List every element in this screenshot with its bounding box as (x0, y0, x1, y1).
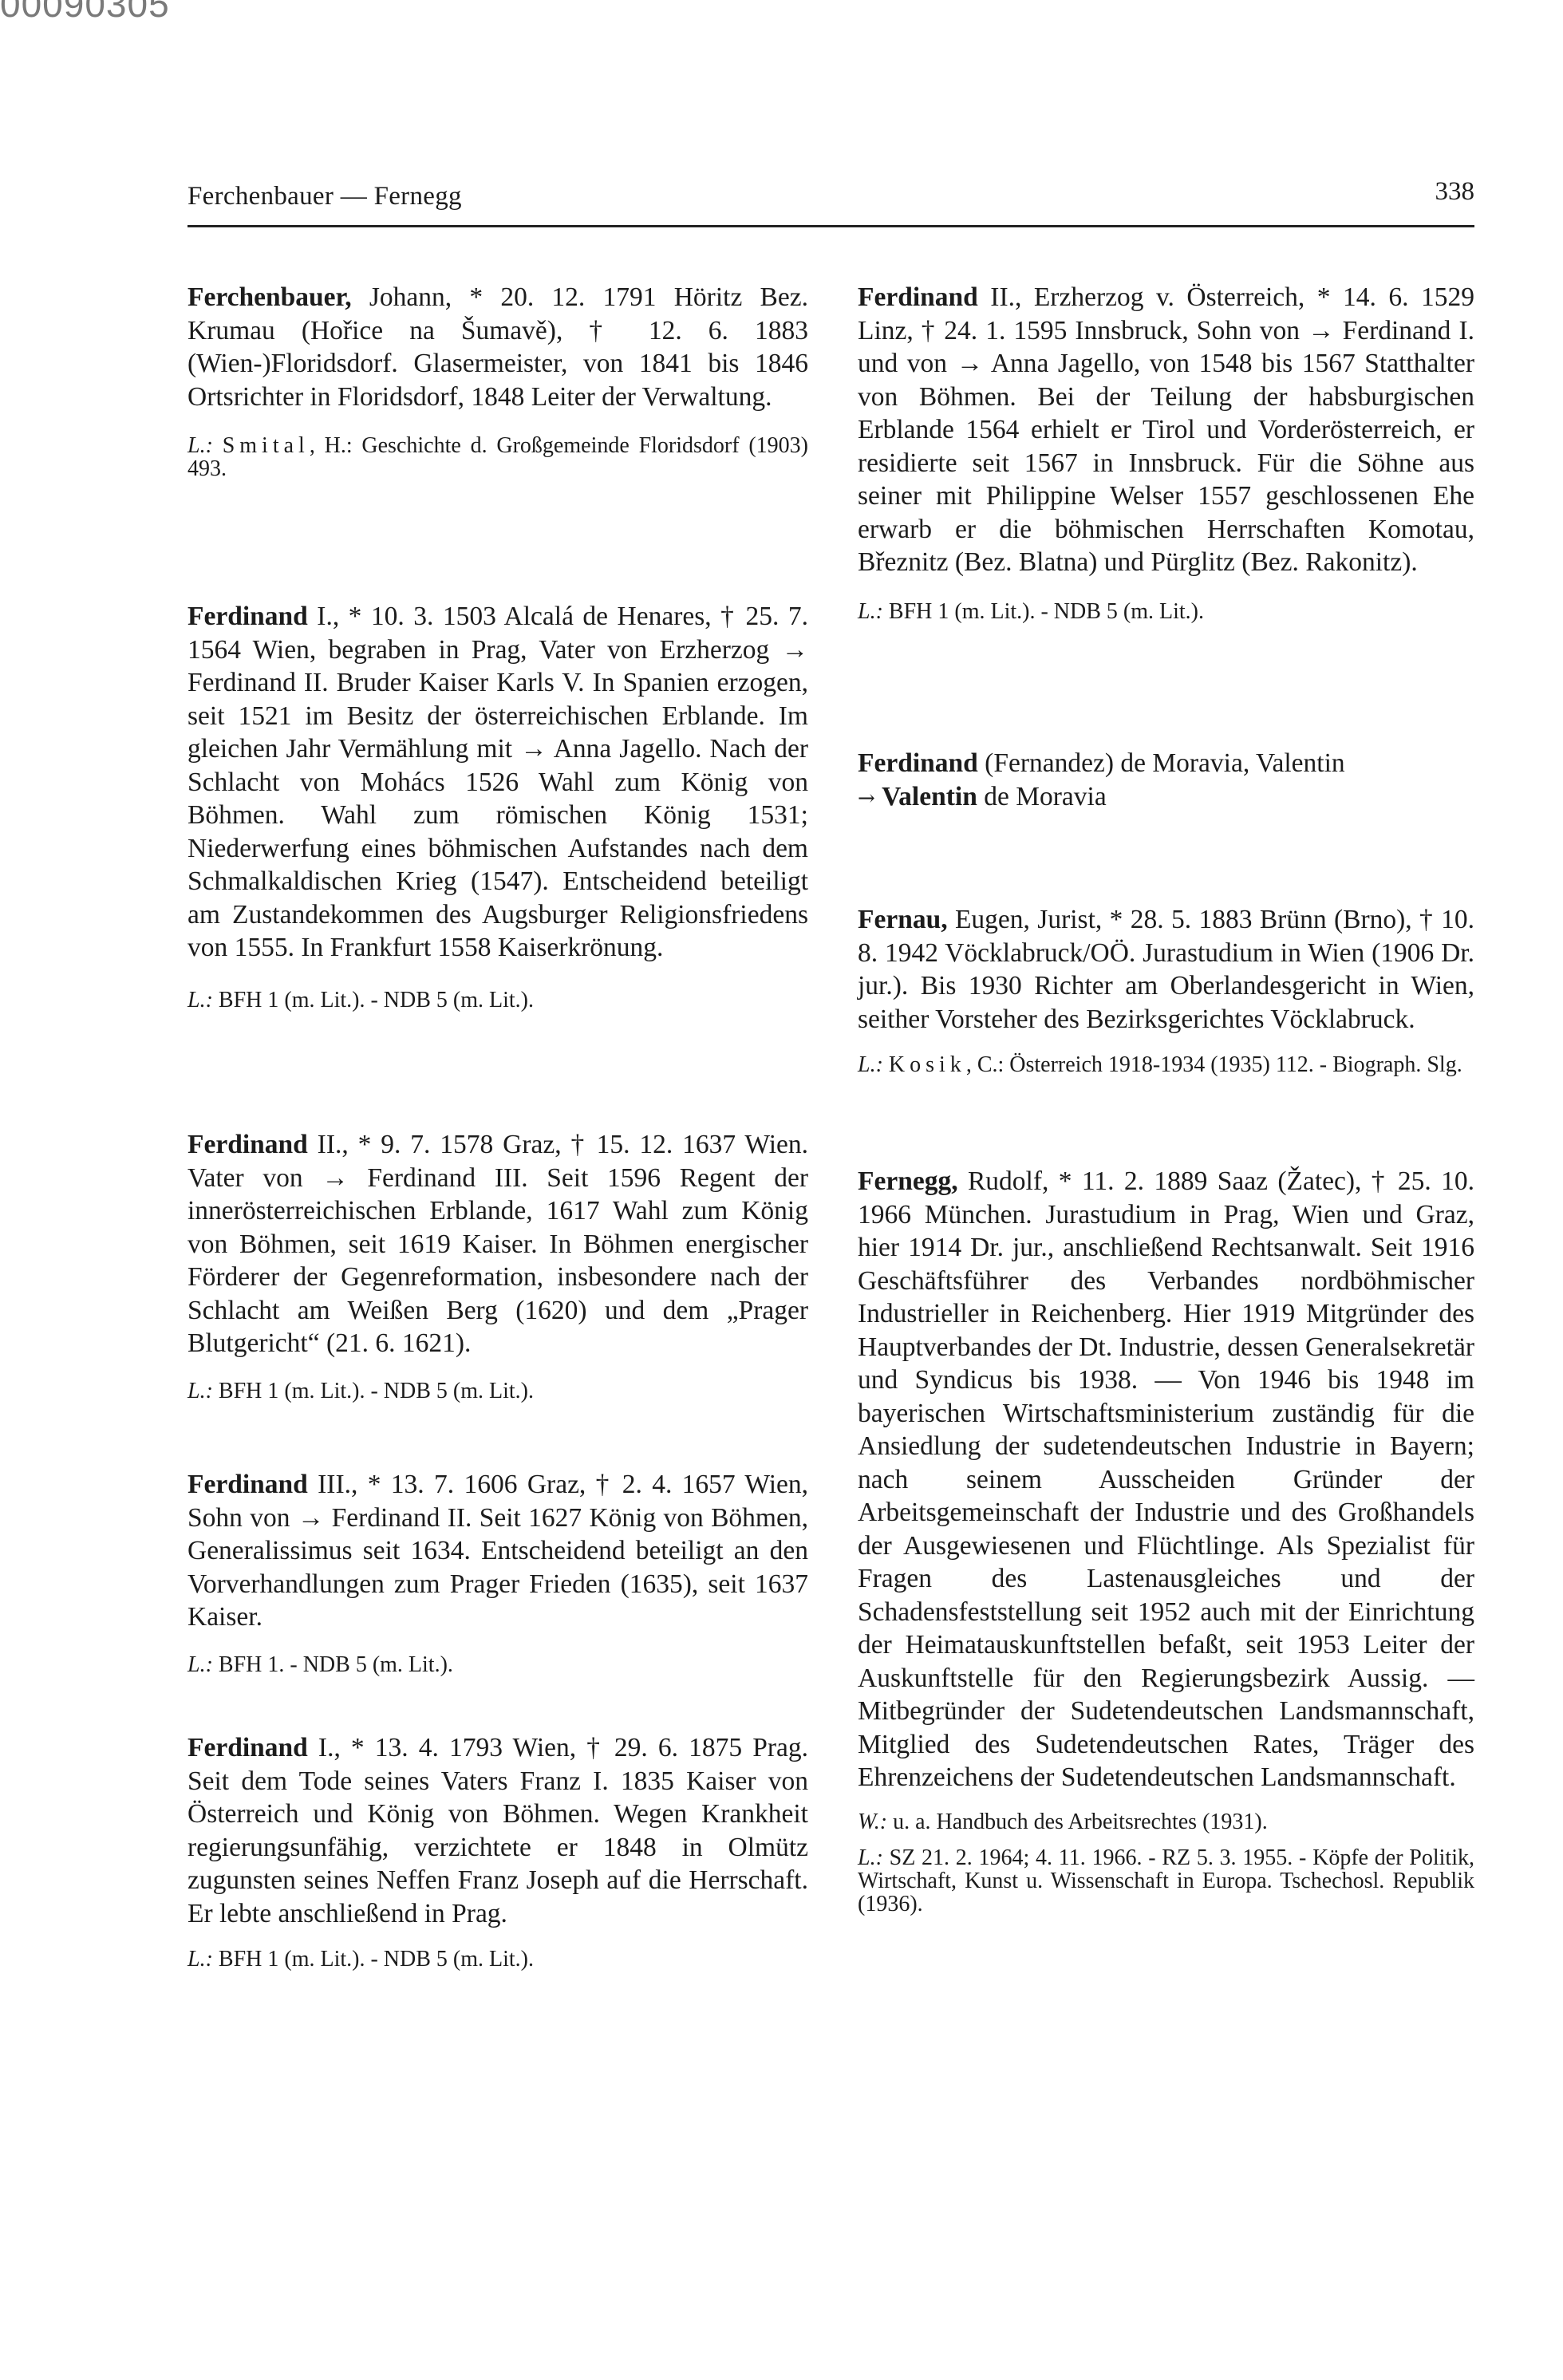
literature: L.: BFH 1 (m. Lit.). - NDB 5 (m. Lit.). (187, 1948, 808, 1971)
entry-body: Ferdinand III., * 13. 7. 1606 Graz, † 2.… (187, 1468, 808, 1634)
entry-body: Ferdinand II., Erzherzog v. Österreich, … (858, 281, 1474, 579)
lit-text: BFH 1 (m. Lit.). - NDB 5 (m. Lit.). (883, 599, 1204, 624)
entry-body: Fernegg, Rudolf, * 11. 2. 1889 Saaz (Žat… (858, 1165, 1474, 1794)
lit-text: BFH 1 (m. Lit.). - NDB 5 (m. Lit.). (213, 1379, 534, 1403)
lemma: Ferdinand (187, 602, 308, 631)
page-number: 338 (1435, 177, 1475, 207)
entry-ferdinand-iii-1606: Ferdinand III., * 13. 7. 1606 Graz, † 2.… (187, 1468, 808, 1676)
cross-reference-lemma[interactable]: Valentin (882, 782, 977, 811)
cross-reference-arrow-icon: → (858, 787, 882, 811)
literature: L.: BFH 1. - NDB 5 (m. Lit.). (187, 1653, 808, 1676)
entry-fernau: Fernau, Eugen, Jurist, * 28. 5. 1883 Brü… (858, 903, 1474, 1076)
lit-author: Smital (223, 433, 310, 458)
entry-body: Ferdinand I., * 13. 4. 1793 Wien, † 29. … (187, 1731, 808, 1930)
lit-tag: L.: (858, 599, 883, 624)
literature: L.: Kosik, C.: Österreich 1918-1934 (193… (858, 1053, 1474, 1076)
entry-body: Ferchenbauer, Johann, * 20. 12. 1791 Hör… (187, 281, 808, 413)
cross-reference-rest: de Moravia (977, 782, 1107, 811)
lit-text: BFH 1. - NDB 5 (m. Lit.). (213, 1652, 453, 1677)
works-text: u. a. Handbuch des Arbeitsrechtes (1931)… (887, 1810, 1268, 1834)
lit-tag: L.: (187, 1652, 213, 1677)
lit-tag: L.: (858, 1052, 883, 1077)
works: W.: u. a. Handbuch des Arbeitsrechtes (1… (858, 1810, 1474, 1833)
lemma: Ferdinand (858, 748, 978, 778)
entry-ferchenbauer: Ferchenbauer, Johann, * 20. 12. 1791 Hör… (187, 281, 808, 480)
lemma: Fernau, (858, 905, 948, 934)
entry-body: Fernau, Eugen, Jurist, * 28. 5. 1883 Brü… (858, 903, 1474, 1036)
running-head: Ferchenbauer — Fernegg 338 (187, 182, 1474, 230)
entry-ferdinand-ii-1578: Ferdinand II., * 9. 7. 1578 Graz, † 15. … (187, 1128, 808, 1403)
lit-tag: L.: (187, 1379, 213, 1403)
entry-fernegg: Fernegg, Rudolf, * 11. 2. 1889 Saaz (Žat… (858, 1165, 1474, 1916)
literature: L.: BFH 1 (m. Lit.). - NDB 5 (m. Lit.). (187, 989, 808, 1012)
entry-body: Ferdinand II., * 9. 7. 1578 Graz, † 15. … (187, 1128, 808, 1360)
literature: L.: Smital, H.: Geschichte d. Großgemein… (187, 434, 808, 480)
entry-ferdinand-de-moravia: Ferdinand (Fernandez) de Moravia, Valent… (858, 747, 1474, 815)
scan-id-watermark: 00090305 (0, 0, 170, 26)
lit-tag: L.: (187, 988, 213, 1012)
entry-ferdinand-i-1793: Ferdinand I., * 13. 4. 1793 Wien, † 29. … (187, 1731, 808, 1971)
lit-author: Kosik (889, 1052, 966, 1077)
entry-ferdinand-i-1503: Ferdinand I., * 10. 3. 1503 Alcalá de He… (187, 600, 808, 1012)
lit-text: BFH 1 (m. Lit.). - NDB 5 (m. Lit.). (213, 988, 534, 1012)
lemma: Ferdinand (187, 1130, 308, 1159)
literature: L.: BFH 1 (m. Lit.). - NDB 5 (m. Lit.). (187, 1379, 808, 1403)
lemma: Ferdinand (187, 1470, 308, 1499)
entry-text: I., * 10. 3. 1503 Alcalá de Henares, † 2… (187, 602, 808, 962)
literature: L.: SZ 21. 2. 1964; 4. 11. 1966. - RZ 5.… (858, 1846, 1474, 1916)
entry-ferdinand-ii-erzherzog: Ferdinand II., Erzherzog v. Österreich, … (858, 281, 1474, 623)
lit-text: SZ 21. 2. 1964; 4. 11. 1966. - RZ 5. 3. … (858, 1845, 1474, 1916)
entry-body: Ferdinand I., * 10. 3. 1503 Alcalá de He… (187, 600, 808, 965)
running-head-title: Ferchenbauer — Fernegg (187, 182, 462, 211)
lit-text: , C.: Österreich 1918-1934 (1935) 112. -… (966, 1052, 1462, 1077)
literature: L.: BFH 1 (m. Lit.). - NDB 5 (m. Lit.). (858, 600, 1474, 623)
entry-body: Ferdinand (Fernandez) de Moravia, Valent… (858, 747, 1474, 815)
entry-text: (Fernandez) de Moravia, Valentin (978, 748, 1345, 778)
lemma: Ferchenbauer, (187, 282, 352, 312)
lit-tag: L.: (858, 1845, 883, 1870)
lemma: Ferdinand (187, 1733, 308, 1762)
lemma: Ferdinand (858, 282, 978, 312)
entry-text: II., Erzherzog v. Österreich, * 14. 6. 1… (858, 282, 1474, 577)
lemma: Fernegg, (858, 1166, 958, 1196)
entry-text: Rudolf, * 11. 2. 1889 Saaz (Žatec), † 25… (858, 1166, 1474, 1792)
lit-text: BFH 1 (m. Lit.). - NDB 5 (m. Lit.). (213, 1947, 534, 1971)
lit-tag: L.: (187, 433, 213, 458)
header-rule (187, 225, 1474, 227)
entry-text: Eugen, Jurist, * 28. 5. 1883 Brünn (Brno… (858, 905, 1474, 1034)
works-tag: W.: (858, 1810, 887, 1834)
lit-tag: L.: (187, 1947, 213, 1971)
entry-text: II., * 9. 7. 1578 Graz, † 15. 12. 1637 W… (187, 1130, 808, 1358)
